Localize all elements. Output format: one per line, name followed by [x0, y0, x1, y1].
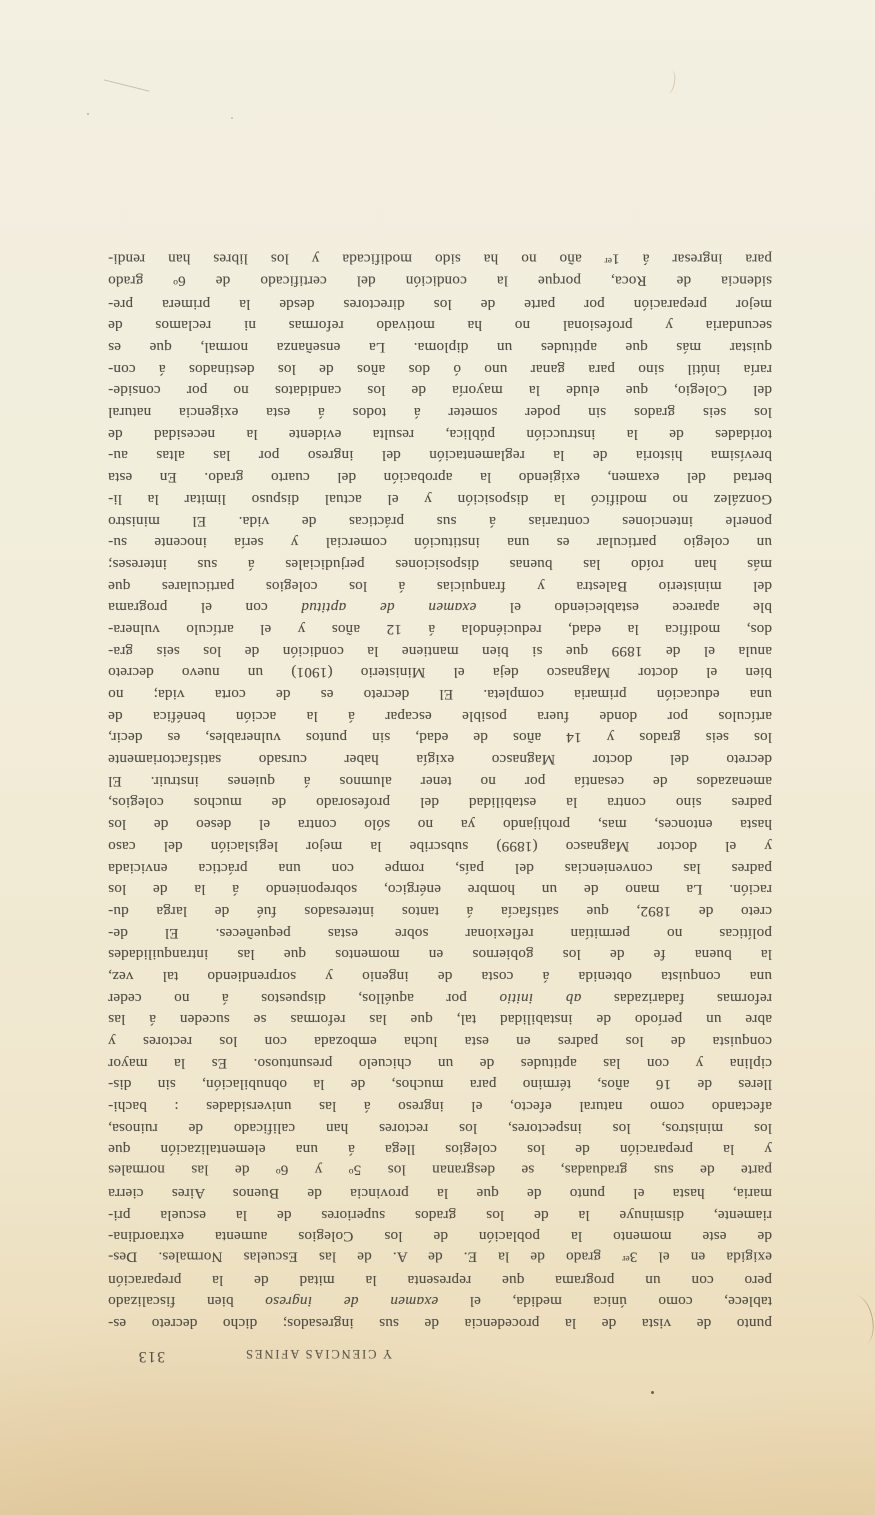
- text-line: dos, modifica la edad, reduciéndola á 12…: [108, 618, 772, 640]
- text-line: para ingresar á 1er año no ha sido modif…: [108, 250, 772, 272]
- text-line: riamente, disminuye la de los grados sup…: [108, 1204, 772, 1226]
- text-line: parte de sus graduadas, se desgranan los…: [108, 1161, 772, 1183]
- text-line: del Colegio, que elude la mayoría de los…: [108, 380, 772, 402]
- text-line: más han roído las buenas disposiciones p…: [108, 553, 772, 575]
- text-line: abre un período de instabilidad tal, que…: [108, 1009, 772, 1031]
- text-line: un colegio particular es una institución…: [108, 532, 772, 554]
- text-line: una educación primaria completa. El decr…: [108, 683, 772, 705]
- text-line: pero con un programa que representa la m…: [108, 1269, 772, 1291]
- text-line: amenazados de cesantía por no tener alum…: [108, 770, 772, 792]
- page-header: Y CIENCIAS AFINES 313: [0, 1341, 875, 1365]
- text-line: del ministerio Balestra y franquicias á …: [108, 575, 772, 597]
- page-number: 313: [137, 1347, 165, 1365]
- text-line: creto de 1892, que satisfacía á tantos i…: [108, 900, 772, 922]
- text-line: de este momento la población de los Cole…: [108, 1226, 772, 1248]
- text-line: ración. La mano de un hombre enérgico, s…: [108, 879, 772, 901]
- text-line: los seis grados y 14 años de edad, sin p…: [108, 727, 772, 749]
- text-line: y la preparación de los colegios llega á…: [108, 1139, 772, 1161]
- text-line: y el doctor Magnasco (1899) subscribe la…: [108, 835, 772, 857]
- text-line: reformas fadarizadas ab initio por aquél…: [108, 987, 772, 1009]
- text-line: artículos por donde fuera posible escapa…: [108, 705, 772, 727]
- text-line: ponerle intenciones contrarias á sus prá…: [108, 510, 772, 532]
- text-line: bertad del examen, exigiendo la aprobaci…: [108, 467, 772, 489]
- text-line: ble aparece estableciendo el examen de a…: [108, 597, 772, 619]
- text-line: lleres de 16 años, término para muchos, …: [108, 1074, 772, 1096]
- text-line: padres las conveniencias del país, rompe…: [108, 857, 772, 879]
- text-line: anula el de 1899 que si bien mantiene la…: [108, 640, 772, 662]
- text-block: punto de vista de la procedencia de sus …: [108, 250, 772, 1334]
- text-line: punto de vista de la procedencia de sus …: [108, 1312, 772, 1334]
- text-line: ciplina y con las aptitudes de un chicue…: [108, 1052, 772, 1074]
- text-line: padres sino contra la estabilidad del pr…: [108, 792, 772, 814]
- running-title: Y CIENCIAS AFINES: [244, 1346, 392, 1361]
- scanned-page: Y CIENCIAS AFINES 313 punto de vista de …: [0, 0, 875, 1515]
- text-line: raría inútil sino para ganar uno ó dos a…: [108, 358, 772, 380]
- page-content-rotated: Y CIENCIAS AFINES 313 punto de vista de …: [0, 0, 875, 1515]
- text-line: sidencia de Roca, porque la condición de…: [108, 271, 772, 293]
- text-line: mejor preparación por parte de los direc…: [108, 293, 772, 315]
- text-line: decreto del doctor Magnasco exigía haber…: [108, 748, 772, 770]
- text-line: tablece, como única medida, el examen de…: [108, 1291, 772, 1313]
- text-line: conquista de los padres en esta lucha em…: [108, 1030, 772, 1052]
- text-line: secundaria y profesional no ha motivado …: [108, 315, 772, 337]
- text-line: brevísima historia de la reglamentación …: [108, 445, 772, 467]
- text-line: los ministros, los inspectores, los rect…: [108, 1117, 772, 1139]
- text-line: hasta entonces, mas, prohijando ya no só…: [108, 814, 772, 836]
- text-line: maria, hasta el punto de que la provinci…: [108, 1182, 772, 1204]
- text-line: una conquista obtenida á costa de ingeni…: [108, 965, 772, 987]
- text-line: quistar más que aptitudes un diploma. La…: [108, 336, 772, 358]
- text-line: afectando como natural efecto, el ingres…: [108, 1095, 772, 1117]
- text-line: González no modificó la disposición y el…: [108, 488, 772, 510]
- text-line: políticas no permitían reflexionar sobre…: [108, 922, 772, 944]
- text-line: toridades de la instrucción pública, res…: [108, 423, 772, 445]
- text-line: los seis grados sin poder someter á todo…: [108, 401, 772, 423]
- text-line: exigida en el 3er grado de la E. de A. d…: [108, 1247, 772, 1269]
- text-line: la buena fe de los gobiernos en momentos…: [108, 944, 772, 966]
- text-line: bien el doctor Magnasco deja el Minister…: [108, 662, 772, 684]
